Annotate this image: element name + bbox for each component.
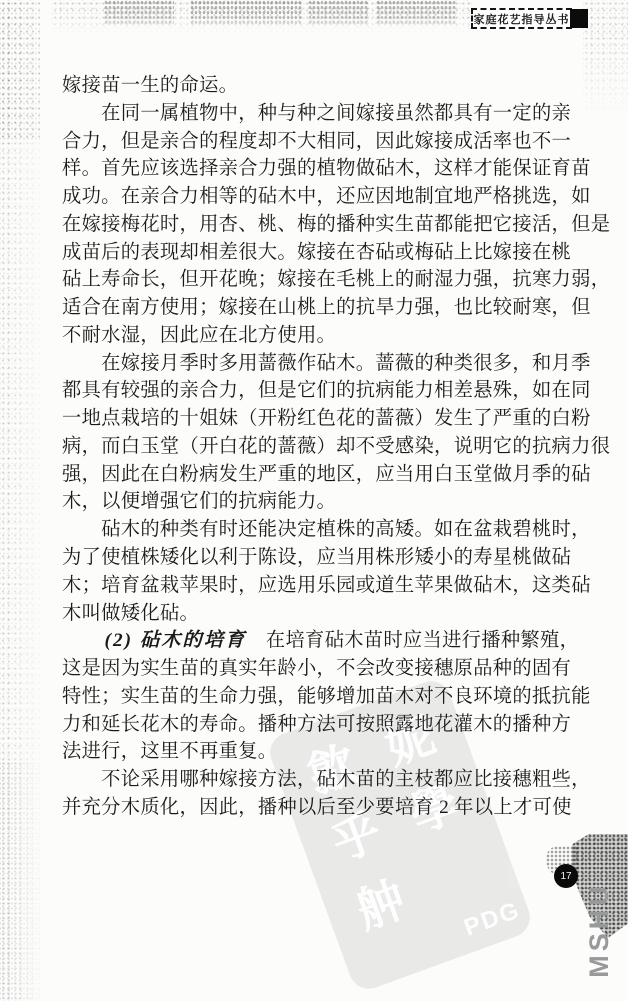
header-black-square (570, 9, 588, 28)
text-line: 一地点栽培的十姐妹（开粉红色花的蔷薇）发生了严重的白粉 (62, 405, 578, 433)
text-line: 适合在南方使用；嫁接在山桃上的抗旱力强，也比较耐寒，但 (62, 294, 578, 322)
text-line: 力和延长花木的寿命。播种方法可按照露地花灌木的播种方 (62, 711, 578, 739)
text-line: 砧上寿命长，但开花晚；嫁接在毛桃上的耐湿力强，抗寒力弱， (62, 266, 578, 294)
text-line: 在嫁接梅花时，用杏、桃、梅的播种实生苗都能把它接活，但是 (62, 211, 578, 239)
text-line: 特性；实生苗的生命力强，能够增加苗木对不良环境的抵抗能 (62, 683, 578, 711)
text-line: 病，而白玉堂（开白花的蔷薇）却不受感染，说明它的抗病力很 (62, 433, 578, 461)
text-line: 不论采用哪种嫁接方法，砧木苗的主枝都应比接穗粗些， (62, 766, 578, 794)
scanned-book-page: 家庭花艺指导丛书 歙妮乎學舯 PDG 嫁接苗一生的命运。 在同一属植物中，种与种… (0, 0, 628, 1001)
text-line: 在嫁接月季时多用蔷薇作砧木。蔷薇的种类很多，和月季 (62, 350, 578, 378)
text-line: 砧木的种类有时还能决定植株的高矮。如在盆栽碧桃时， (62, 516, 578, 544)
text-line: 强，因此在白粉病发生严重的地区，应当用白玉堂做月季的砧 (62, 461, 578, 489)
scan-noise-top-right (583, 0, 628, 118)
scan-noise-left-top (0, 0, 40, 140)
series-title-box: 家庭花艺指导丛书 (471, 8, 572, 29)
scan-noise-patch (308, 0, 368, 26)
text-line: 样。首先应该选择亲合力强的植物做砧木，这样才能保证育苗 (62, 155, 578, 183)
vertical-watermark: MSHU (584, 855, 614, 1001)
text-line: 法进行，这里不再重复。 (62, 738, 578, 766)
text-line: 并充分木质化，因此，播种以后至少要培育 2 年以上才可使 (62, 794, 578, 822)
scan-noise-top-edge (52, 0, 472, 34)
text-line: 为了使植株矮化以利于陈设，应当用株形矮小的寿星桃做砧 (62, 544, 578, 572)
page-number-badge: 17 (554, 864, 578, 888)
scan-noise-patch (376, 0, 456, 26)
page-number: 17 (560, 871, 571, 882)
scan-noise-patch (104, 0, 174, 26)
text-line: 不耐水湿，因此应在北方使用。 (62, 322, 578, 350)
text-line: 都具有较强的亲合力，但是它们的抗病能力相差悬殊，如在同 (62, 377, 578, 405)
text-line: 成功。在亲合力相等的砧木中，还应因地制宜地严格挑选，如 (62, 183, 578, 211)
text-line: 木叫做矮化砧。 (62, 600, 578, 628)
text-line: 成苗后的表现却相差很大。嫁接在杏砧或梅砧上比嫁接在桃 (62, 239, 578, 267)
series-title: 家庭花艺指导丛书 (474, 11, 570, 27)
scan-noise-patch (190, 0, 302, 26)
text-line: 在同一属植物中，种与种之间嫁接虽然都具有一定的亲 (62, 100, 578, 128)
text-line: 这是因为实生苗的真实年龄小，不会改变接穗原品种的固有 (62, 655, 578, 683)
text-line: (2) 砧木的培育 在培育砧木苗时应当进行播种繁殖， (62, 627, 578, 655)
text-line: 嫁接苗一生的命运。 (62, 72, 578, 100)
text-line: 木，以便增强它们的抗病能力。 (62, 488, 578, 516)
vertical-watermark-text: MSHU (584, 882, 615, 978)
scan-noise-left-bottom (0, 760, 42, 1001)
text-line: 合力，但是亲合的程度却不大相同，因此嫁接成活率也不一 (62, 128, 578, 156)
body-text: 嫁接苗一生的命运。 在同一属植物中，种与种之间嫁接虽然都具有一定的亲合力，但是亲… (62, 72, 578, 822)
text-line: 木；培育盆栽苹果时，应选用乐园或道生苹果做砧木，这类砧 (62, 572, 578, 600)
